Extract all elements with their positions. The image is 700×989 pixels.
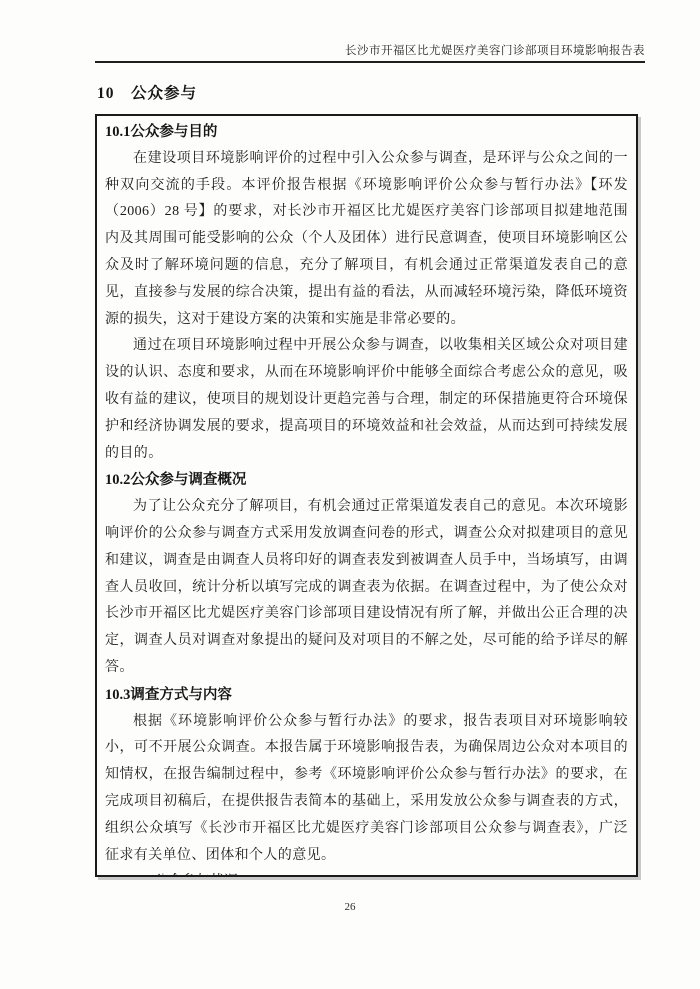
section-10-1-paragraph-2: 通过在项目环境影响过程中开展公众参与调查，以收集相关区域公众对项目建设的认识、态… — [105, 333, 628, 467]
section-heading-10-3-1: 10.3.1 公众参与状况 — [105, 869, 628, 877]
section-10-1-paragraph-1: 在建设项目环境影响评价的过程中引入公众参与调查，是环评与公众之间的一种双向交流的… — [105, 146, 628, 334]
section-heading-10-2: 10.2公众参与调查概况 — [105, 467, 628, 494]
content-box: 10.1公众参与目的 在建设项目环境影响评价的过程中引入公众参与调查，是环评与公… — [95, 114, 638, 877]
section-heading-10-1: 10.1公众参与目的 — [105, 119, 628, 146]
document-page: 长沙市开福区比尤媞医疗美容门诊部项目环境影响报告表 10 公众参与 10.1公众… — [0, 0, 700, 989]
section-heading-10-3: 10.3调查方式与内容 — [105, 682, 628, 709]
header-divider — [95, 61, 645, 63]
chapter-title: 10 公众参与 — [97, 81, 197, 103]
running-header: 长沙市开福区比尤媞医疗美容门诊部项目环境影响报告表 — [95, 42, 645, 58]
section-10-2-paragraph-1: 为了让公众充分了解项目，有机会通过正常渠道发表自己的意见。本次环境影响评价的公众… — [105, 494, 628, 682]
section-10-3-paragraph-1: 根据《环境影响评价公众参与暂行办法》的要求，报告表项目对环境影响较小，可不开展公… — [105, 709, 628, 870]
page-number: 26 — [0, 901, 700, 913]
